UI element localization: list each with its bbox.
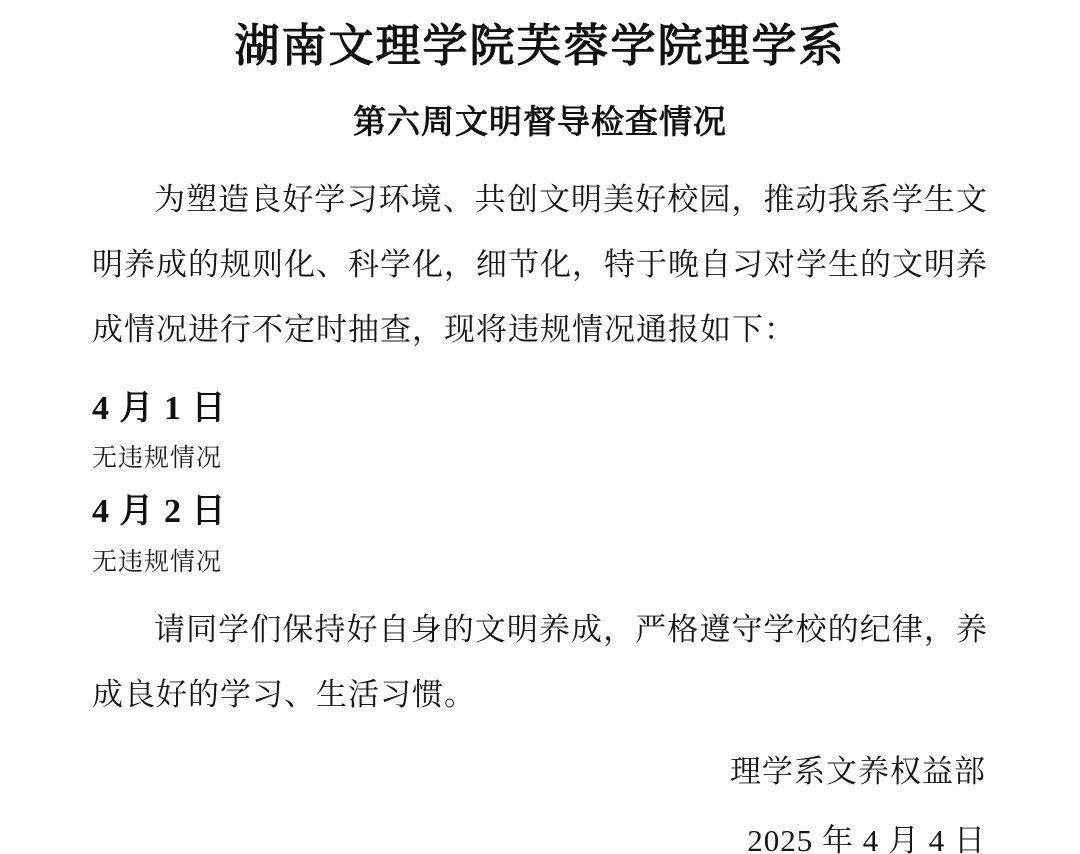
page-title: 湖南文理学院芙蓉学院理学系 [0,0,1080,72]
page-subtitle: 第六周文明督导检查情况 [0,96,1080,143]
closing-paragraph: 请同学们保持好自身的文明养成，严格遵守学校的纪律，养成良好的学习、生活习惯。 [92,597,988,727]
entry-date-heading: 4 月 1 日 [92,390,988,427]
signature-department: 理学系文养权益部 [92,753,986,790]
entry-status: 无违规情况 [92,547,988,577]
inspection-entry: 4 月 1 日 无违规情况 [92,390,988,473]
entry-date-heading: 4 月 2 日 [92,493,988,530]
signature-block: 理学系文养权益部 2025 年 4 月 4 日 [92,753,986,854]
intro-paragraph: 为塑造良好学习环境、共创文明美好校园，推动我系学生文明养成的规则化、科学化，细节… [92,167,988,362]
inspection-entry: 4 月 2 日 无违规情况 [92,493,988,576]
notice-document: 湖南文理学院芙蓉学院理学系 第六周文明督导检查情况 为塑造良好学习环境、共创文明… [0,0,1080,854]
inspection-entries: 4 月 1 日 无违规情况 4 月 2 日 无违规情况 [92,390,988,577]
entry-status: 无违规情况 [92,443,988,473]
signature-date: 2025 年 4 月 4 日 [92,822,986,854]
